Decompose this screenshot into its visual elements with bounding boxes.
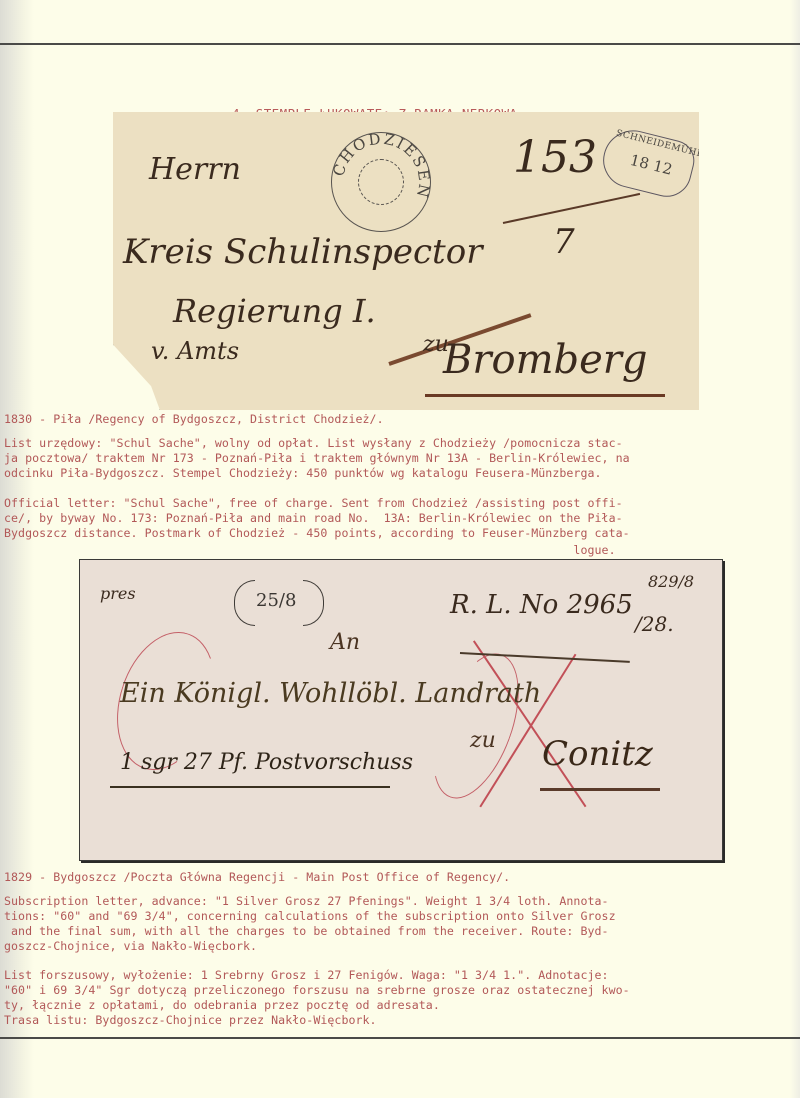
caption-line: Official letter: "Schul Sache", free of … [4, 496, 623, 511]
reniform-date-text: 18 12 [628, 151, 674, 179]
caption-line: List urzędowy: "Schul Sache", wolny od o… [4, 436, 623, 451]
red-69-mark [416, 642, 536, 809]
caption-line: logue. [4, 543, 616, 558]
caption-line: List forszusowy, wyłożenie: 1 Srebrny Gr… [4, 968, 609, 983]
caption-line: ty, łącznie z opłatami, do odebrania prz… [4, 998, 440, 1013]
registry-number: R. L. No 2965 [450, 590, 633, 620]
manuscript-bromberg: Bromberg [443, 337, 648, 383]
caption-line: odcinku Piła-Bydgoszcz. Stempel Chodzież… [4, 466, 602, 481]
postmark-arc-text-icon: CHODZIESEN [332, 133, 430, 231]
manuscript-zu: zu [470, 728, 496, 753]
manuscript-line2: Kreis Schulinspector [123, 232, 482, 272]
manuscript-fraction: 7 [553, 222, 575, 262]
caption-line: Bydgoszcz distance. Postmark of Chodzież… [4, 526, 630, 541]
registry-top: 829/8 [648, 572, 694, 591]
caption-line: and the final sum, with all the charges … [4, 924, 609, 939]
bromberg-underline [425, 394, 665, 397]
caption-line: tions: "60" and "69 3/4", concerning cal… [4, 909, 616, 924]
conitz-underline [540, 788, 660, 791]
page-right-shadow [790, 0, 800, 1098]
fraction-line [503, 193, 640, 224]
manuscript-corner: v. Amts [151, 337, 239, 365]
manuscript-pres: pres [100, 584, 136, 603]
caption-line: goszcz-Chojnice, via Nakło-Więcbork. [4, 939, 257, 954]
manuscript-conitz: Conitz [542, 734, 653, 774]
bromberg-arched-postmark: 25/8 [234, 580, 324, 624]
top-rule [0, 43, 800, 45]
manuscript-an: An [330, 630, 360, 655]
caption-line: Subscription letter, advance: "1 Silver … [4, 894, 609, 909]
reniform-town-text: SCHNEIDEMÜHL [615, 129, 699, 160]
cover1-caption-title: 1830 - Piła /Regency of Bydgoszcz, Distr… [4, 412, 384, 427]
caption-line: ce/, by byway No. 173: Poznań-Piła and m… [4, 511, 623, 526]
manuscript-number: 153 [513, 132, 597, 183]
caption-line: Trasa listu: Bydgoszcz-Chojnice przez Na… [4, 1013, 377, 1028]
caption-line: "60" i 69 3/4" Sgr dotyczą przeliczonego… [4, 983, 630, 998]
cover-1829-image: 25/8 pres An R. L. No 2965 /28. 829/8 Ei… [80, 560, 722, 860]
caption-line: ja pocztowa/ traktem Nr 173 - Poznań-Pił… [4, 451, 630, 466]
chodziesen-postmark: CHODZIESEN [331, 132, 431, 232]
manuscript-line3: Regierung I. [173, 292, 376, 330]
cover2-caption-title: 1829 - Bydgoszcz /Poczta Główna Regencji… [4, 870, 510, 885]
manuscript-postvorschuss: 1 sgr 27 Pf. Postvorschuss [120, 750, 413, 775]
schneidemuhl-reniform-postmark: SCHNEIDEMÜHL 18 12 [597, 124, 698, 202]
registry-sub: /28. [635, 612, 674, 636]
manuscript-herrn: Herrn [149, 152, 241, 187]
svg-text:CHODZIESEN: CHODZIESEN [332, 133, 430, 201]
postvorschuss-underline [110, 786, 390, 788]
manuscript-addressee: Ein Königl. Wohllöbl. Landrath [120, 678, 541, 709]
arched-date-text: 25/8 [256, 590, 296, 611]
bottom-rule [0, 1037, 800, 1039]
cover-1830-image: CHODZIESEN SCHNEIDEMÜHL 18 12 Herrn 153 … [113, 112, 699, 410]
